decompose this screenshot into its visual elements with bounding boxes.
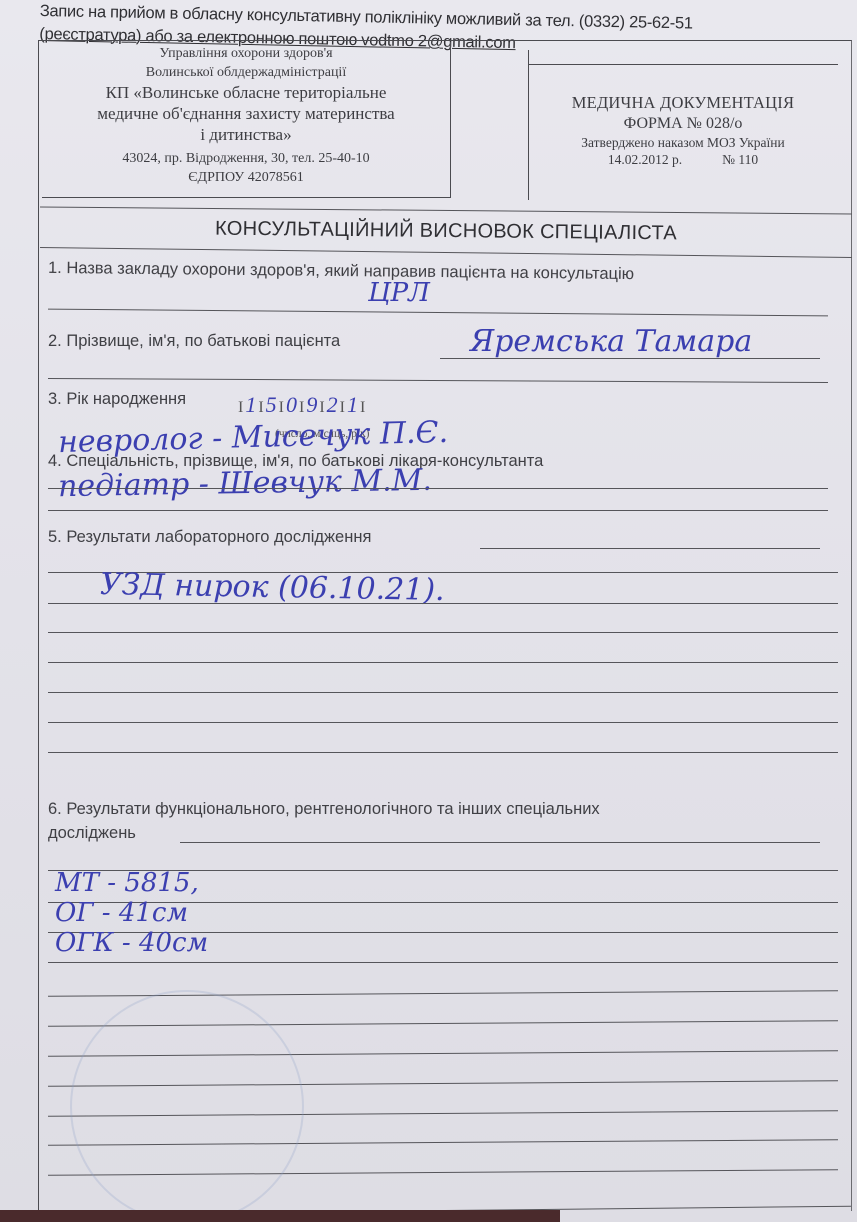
field4-value2: педіатр - Шевчук М.М. <box>58 463 432 505</box>
ruled-line <box>48 752 838 753</box>
field4-line <box>48 488 828 489</box>
field1-value: ЦРЛ <box>368 278 430 308</box>
field5-line <box>480 548 820 549</box>
approval-number: № 110 <box>722 152 758 167</box>
digit: 0 <box>286 392 299 417</box>
ruled-line <box>48 722 838 723</box>
digit: 9 <box>306 392 319 417</box>
field6-label-line1: 6. Результати функціонального, рентгенол… <box>48 800 600 819</box>
field2-value: Яремська Тамара <box>470 324 752 359</box>
institution-line1: Управління охорони здоров'я <box>42 44 450 63</box>
medical-documentation-label: МЕДИЧНА ДОКУМЕНТАЦІЯ <box>528 93 838 113</box>
form-number: ФОРМА № 028/о <box>528 115 838 133</box>
field5-line3 <box>48 603 838 604</box>
institution-header: Управління охорони здоров'я Волинської о… <box>42 42 451 198</box>
field5-label: 5. Результати лабораторного дослідження <box>48 528 371 547</box>
field3-label: 3. Рік народження <box>48 390 186 409</box>
shadow <box>0 1210 560 1222</box>
faint-stamp <box>70 990 304 1222</box>
institution-line3: КП «Волинське обласне територіальне <box>42 82 450 103</box>
field6-value2: ОГ - 41см <box>55 898 188 928</box>
institution-code: ЄДРПОУ 42078561 <box>42 168 450 187</box>
digit: 5 <box>266 392 279 417</box>
digit: 2 <box>327 392 340 417</box>
field4-line2 <box>48 510 828 511</box>
approval-date-number: 14.02.2012 р.№ 110 <box>528 152 838 168</box>
birth-date-digits: I1I5I0I9I2I1I <box>238 392 367 418</box>
institution-line5: і дитинства» <box>42 124 450 145</box>
approval-text: Затверджено наказом МОЗ України <box>528 135 838 151</box>
institution-line4: медичне об'єднання захисту материнства <box>42 103 450 124</box>
field2-line <box>440 358 820 359</box>
field2-label: 2. Прізвище, ім'я, по батькові пацієнта <box>48 332 340 351</box>
field6-line <box>180 842 820 843</box>
institution-line2: Волинської облдержадміністрації <box>42 63 450 82</box>
field6-label-line2: досліджень <box>48 824 136 843</box>
ruled-line <box>48 962 838 963</box>
ruled-line <box>48 662 838 663</box>
approval-date: 14.02.2012 р. <box>608 152 682 167</box>
ruled-line <box>48 632 838 633</box>
field6-value3: ОГК - 40см <box>55 928 208 958</box>
form-info-header: МЕДИЧНА ДОКУМЕНТАЦІЯ ФОРМА № 028/о Затве… <box>528 64 838 205</box>
ruled-line <box>48 692 838 693</box>
field6-value1: МТ - 5815, <box>55 868 199 898</box>
institution-address: 43024, пр. Відродження, 30, тел. 25-40-1… <box>42 149 450 168</box>
digit: 1 <box>245 392 258 417</box>
header-empty-cell <box>450 50 529 200</box>
field5-value: УЗД нирок (06.10.21). <box>100 567 445 608</box>
digit: 1 <box>347 392 360 417</box>
